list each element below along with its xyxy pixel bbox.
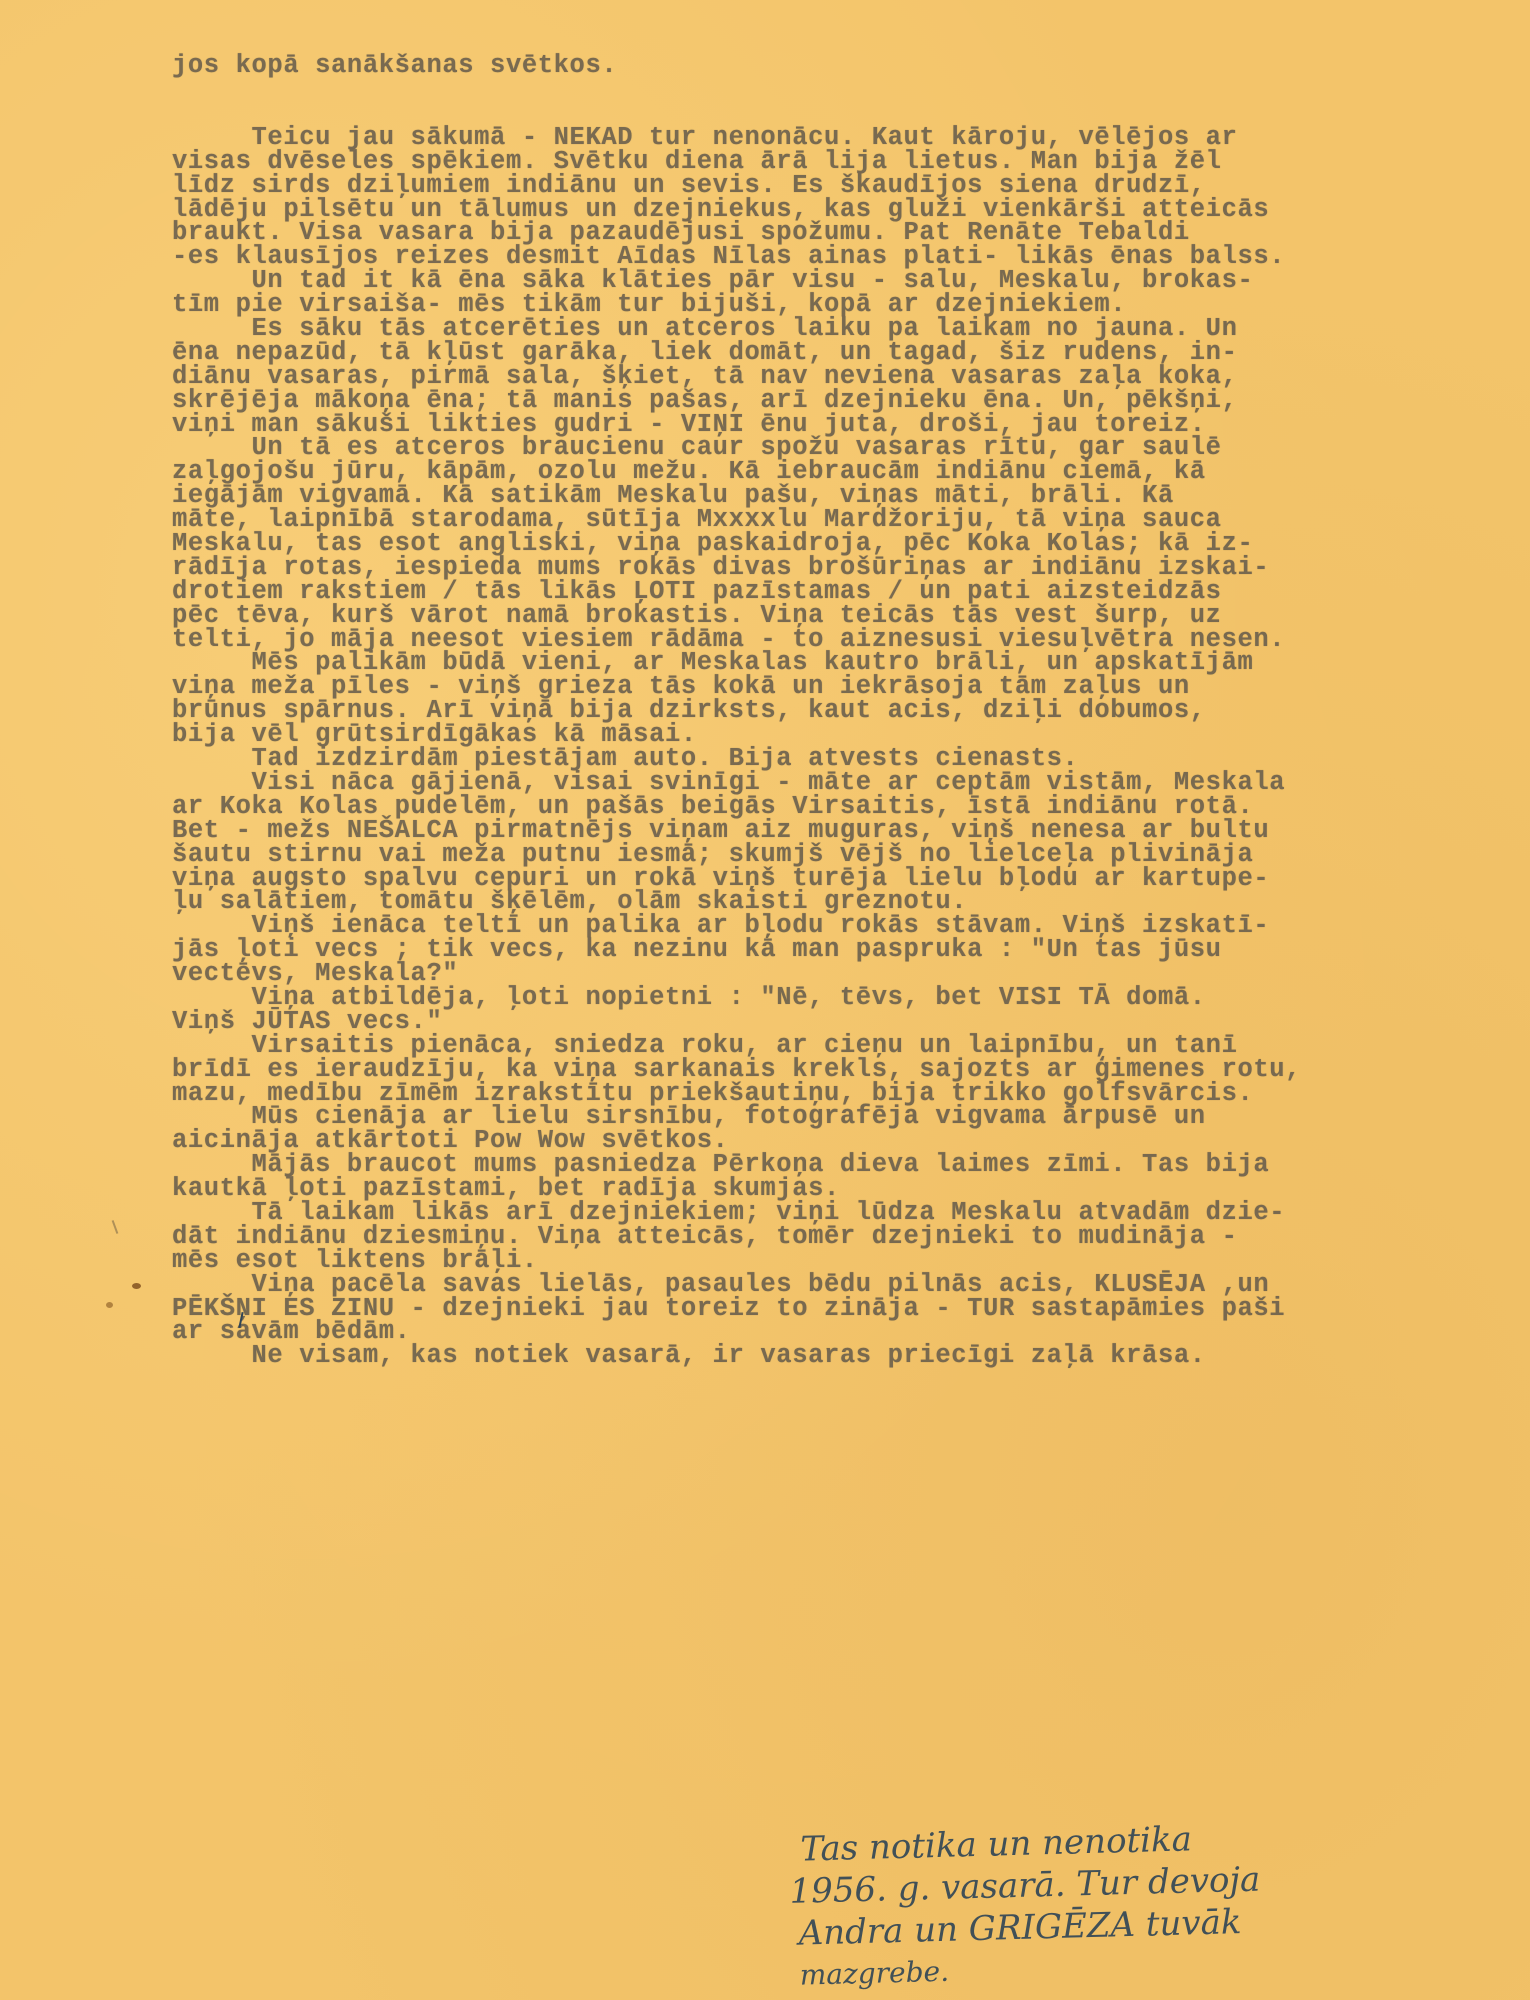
stain-mark [106, 1302, 113, 1308]
stain-mark [132, 1283, 141, 1289]
text-line: brīdī es ieraudzīju, ka viņa sarkanais k… [172, 1058, 1472, 1082]
text-line: līdz sirds dziļumiem indiānu un sevis. E… [172, 174, 1472, 198]
handwritten-note: Tas notika un nenotika 1956. g. vasarā. … [788, 1811, 1472, 1997]
text-line: Viņa pacēla savas lielās, pasaules bēdu … [172, 1273, 1472, 1297]
text-line: šautu stirnu vai meža putnu iesmā; skumj… [172, 843, 1472, 867]
text-line: Ne visam, kas notiek vasarā, ir vasaras … [172, 1344, 1472, 1368]
text-line: skrējēja mākoņa ēna; tā manis pašas, arī… [172, 389, 1472, 413]
text-line: pēc tēva, kurš vārot namā brokastis. Viņ… [172, 604, 1472, 628]
text-line: jos kopā sanākšanas svētkos. [172, 54, 1472, 78]
scanned-document-page: jos kopā sanākšanas svētkos. Teicu jau s… [0, 0, 1530, 2000]
typewritten-text-block: jos kopā sanākšanas svētkos. Teicu jau s… [172, 54, 1472, 1368]
pen-mark [112, 1220, 119, 1234]
